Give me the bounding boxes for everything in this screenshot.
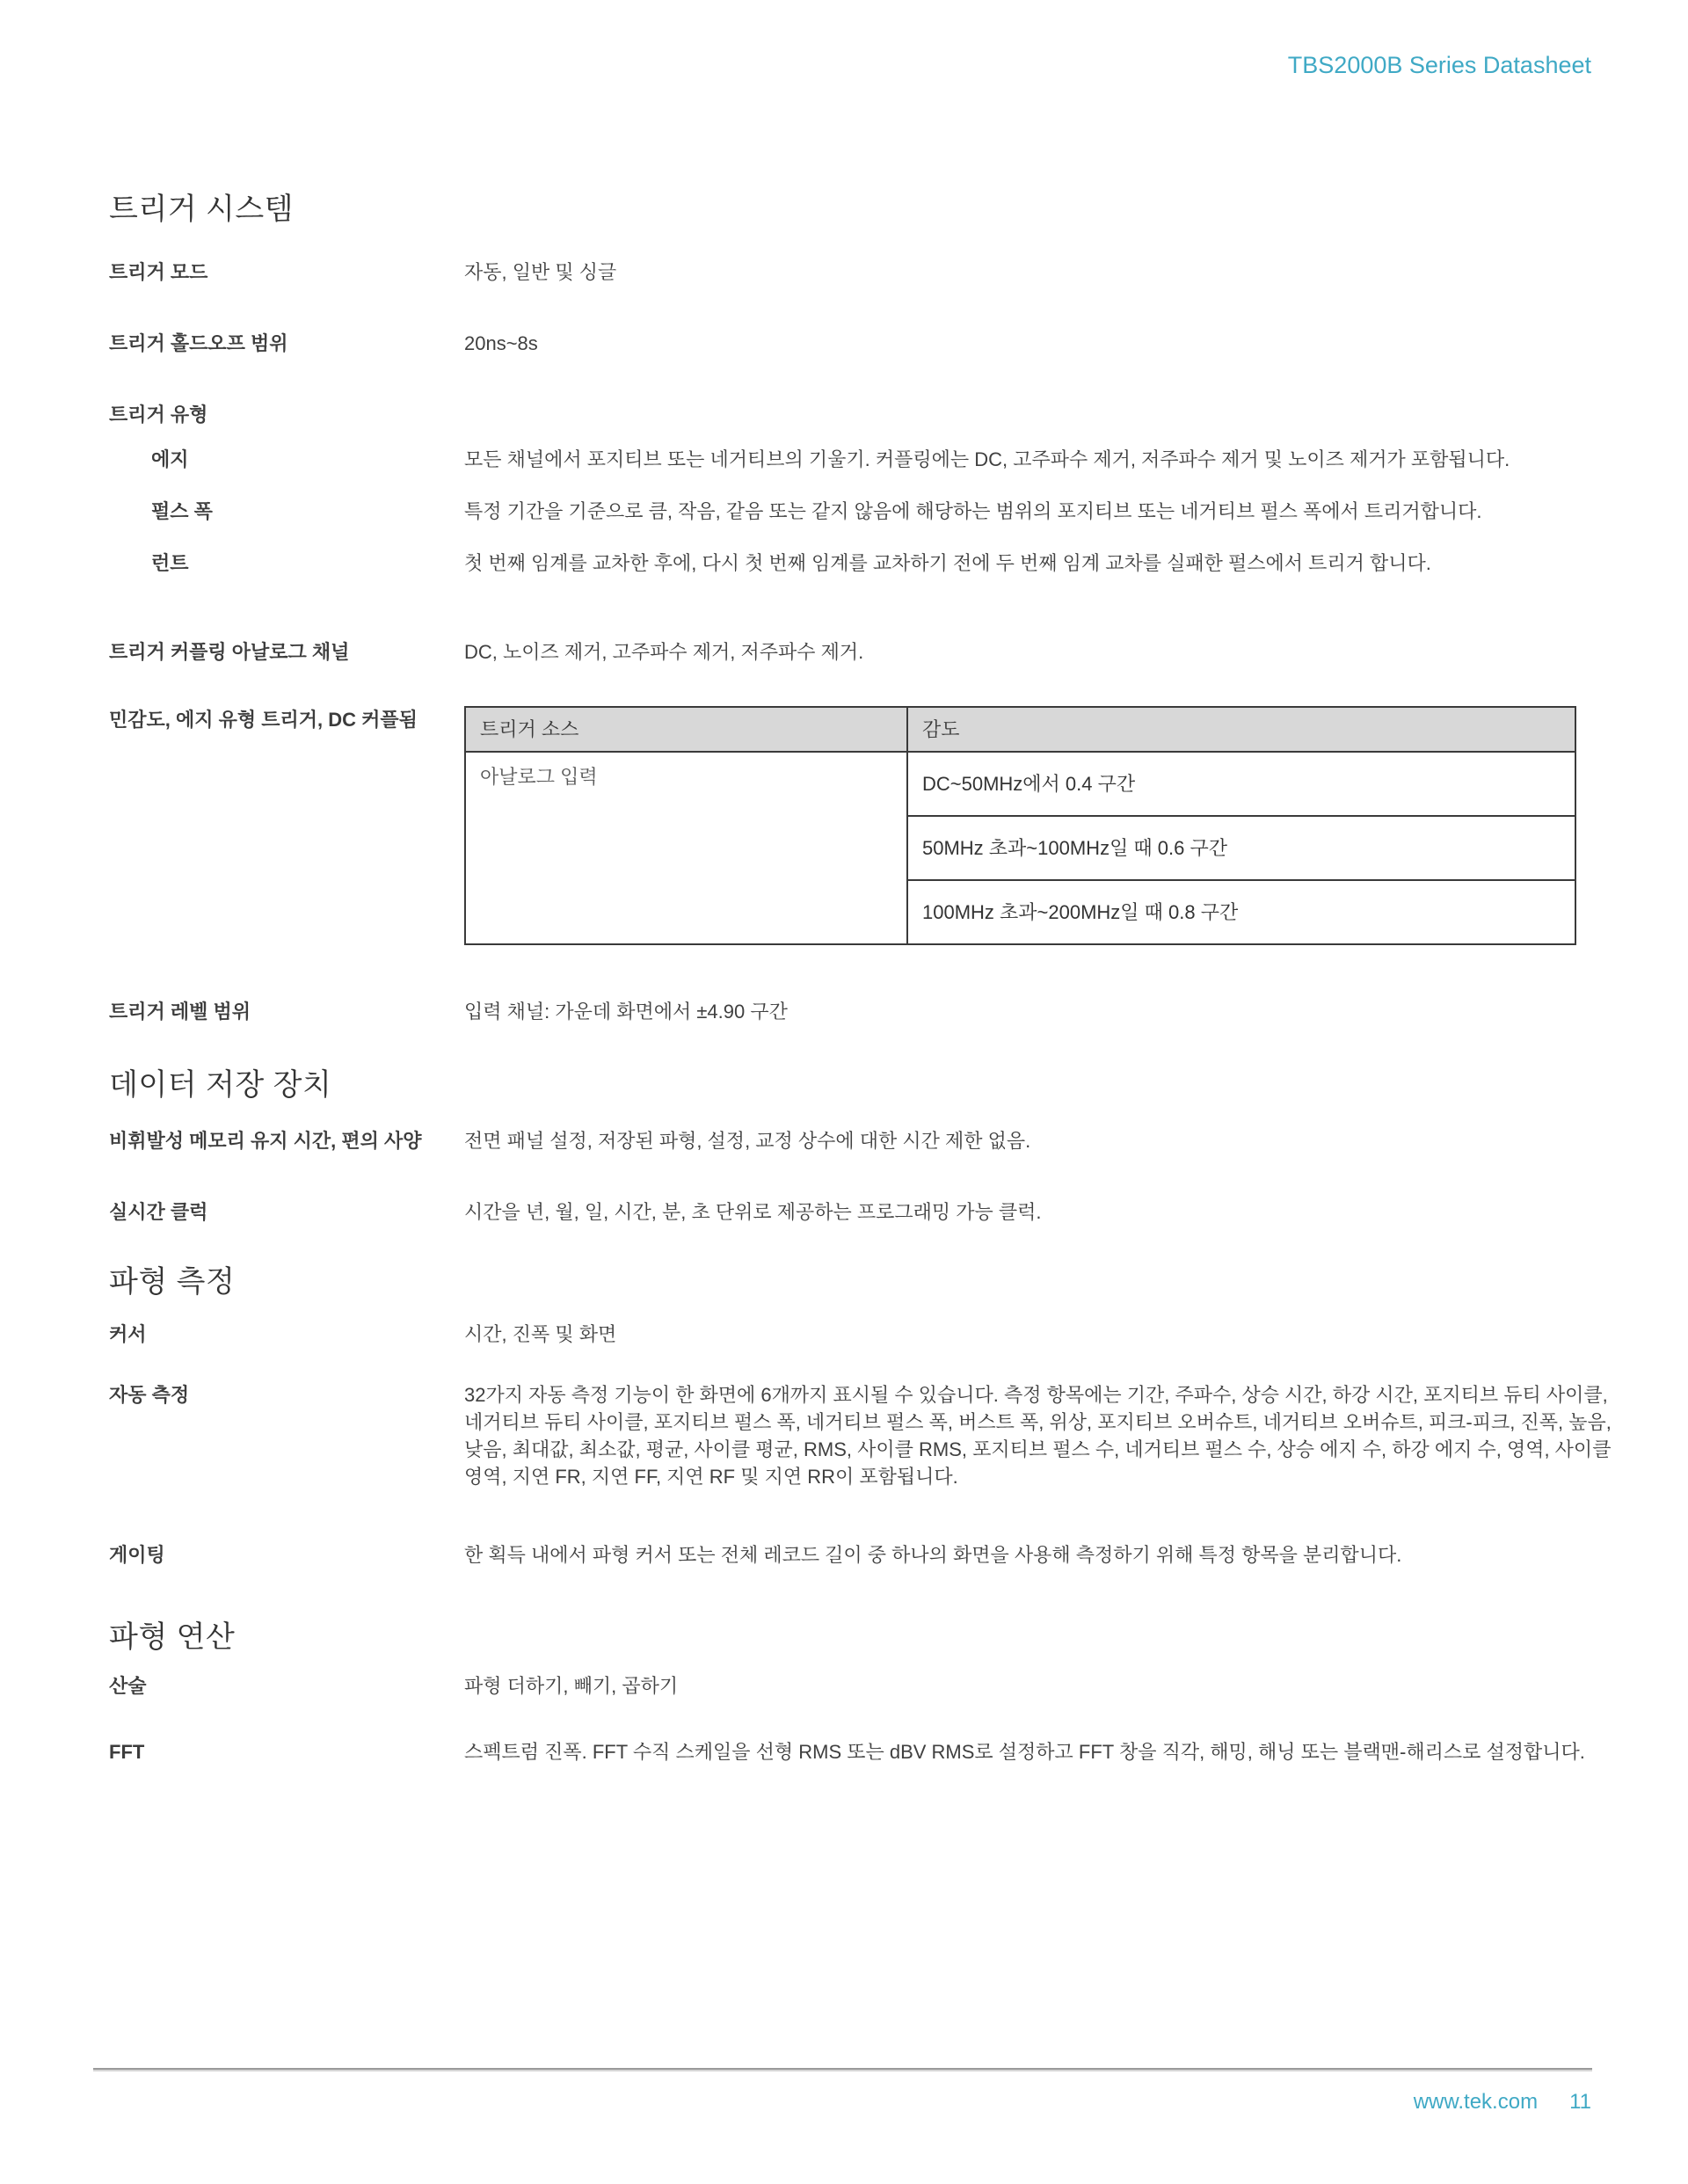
table-cell-sensitivity-1: DC~50MHz에서 0.4 구간 (907, 752, 1575, 816)
document-title: TBS2000B Series Datasheet (0, 51, 1591, 79)
spec-row-nonvolatile-memory: 비휘발성 메모리 유지 시간, 편의 사양 전면 패널 설정, 저장된 파형, … (109, 1127, 1618, 1154)
spec-label: 트리거 커플링 아날로그 채널 (109, 638, 464, 666)
spec-value: 특정 기간을 기준으로 큼, 작음, 같음 또는 같지 않음에 해당하는 범위의… (464, 498, 1618, 525)
spec-row-trigger-types: 트리거 유형 (109, 401, 1618, 428)
table-cell-sensitivity-3: 100MHz 초과~200MHz일 때 0.8 구간 (907, 880, 1575, 944)
spec-label: 트리거 홀드오프 범위 (109, 330, 464, 357)
page-footer: www.tek.com 11 (1414, 2089, 1591, 2115)
spec-label: 커서 (109, 1321, 464, 1348)
spec-row-cursors: 커서 시간, 진폭 및 화면 (109, 1321, 1618, 1348)
spec-row-trigger-holdoff: 트리거 홀드오프 범위 20ns~8s (109, 330, 1618, 357)
spec-value: 파형 더하기, 빼기, 곱하기 (464, 1672, 1618, 1700)
spec-row-trigger-runt: 런트 첫 번째 임계를 교차한 후에, 다시 첫 번째 임계를 교차하기 전에 … (109, 550, 1618, 577)
spec-value: 첫 번째 임계를 교차한 후에, 다시 첫 번째 임계를 교차하기 전에 두 번… (464, 550, 1618, 577)
section-title-waveform-math: 파형 연산 (109, 1620, 1618, 1655)
spec-label: 트리거 모드 (109, 258, 464, 286)
spec-value: 입력 채널: 가운데 화면에서 ±4.90 구간 (464, 998, 1618, 1025)
table-cell-sensitivity-2: 50MHz 초과~100MHz일 때 0.6 구간 (907, 816, 1575, 880)
spec-label: 트리거 레벨 범위 (109, 998, 464, 1025)
table-cell-source: 아날로그 입력 (465, 752, 907, 944)
spec-value: 시간을 년, 월, 일, 시간, 분, 초 단위로 제공하는 프로그래밍 가능 … (464, 1198, 1618, 1226)
spec-label: 펄스 폭 (109, 498, 464, 525)
section-title-trigger-system: 트리거 시스템 (109, 192, 1618, 227)
spec-row-trigger-level-range: 트리거 레벨 범위 입력 채널: 가운데 화면에서 ±4.90 구간 (109, 998, 1618, 1025)
spec-label: 민감도, 에지 유형 트리거, DC 커플됨 (109, 706, 464, 733)
spec-row-fft: FFT 스펙트럼 진폭. FFT 수직 스케일을 선형 RMS 또는 dBV R… (109, 1738, 1618, 1765)
spec-value: 스펙트럼 진폭. FFT 수직 스케일을 선형 RMS 또는 dBV RMS로 … (464, 1738, 1618, 1765)
spec-row-trigger-edge: 에지 모든 채널에서 포지티브 또는 네거티브의 기울기. 커플링에는 DC, … (109, 446, 1618, 473)
spec-row-automated-measurements: 자동 측정 32가지 자동 측정 기능이 한 화면에 6개까지 표시될 수 있습… (109, 1381, 1618, 1490)
spec-row-trigger-sensitivity: 민감도, 에지 유형 트리거, DC 커플됨 트리거 소스 감도 아날로그 입력… (109, 706, 1618, 945)
spec-row-real-time-clock: 실시간 클럭 시간을 년, 월, 일, 시간, 분, 초 단위로 제공하는 프로… (109, 1198, 1618, 1226)
page-header: TBS2000B Series Datasheet (0, 0, 1688, 79)
spec-row-gating: 게이팅 한 획득 내에서 파형 커서 또는 전체 레코드 길이 중 하나의 화면… (109, 1541, 1618, 1569)
footer-page-number: 11 (1569, 2089, 1591, 2115)
section-title-data-storage: 데이터 저장 장치 (109, 1067, 1618, 1103)
sensitivity-table-header-row: 트리거 소스 감도 (465, 707, 1575, 752)
footer-divider (93, 2068, 1592, 2071)
spec-value: 32가지 자동 측정 기능이 한 화면에 6개까지 표시될 수 있습니다. 측정… (464, 1381, 1618, 1490)
table-header-trigger-source: 트리거 소스 (465, 707, 907, 752)
page-content: 트리거 시스템 트리거 모드 자동, 일반 및 싱글 트리거 홀드오프 범위 2… (0, 192, 1688, 1765)
spec-label: 자동 측정 (109, 1381, 464, 1409)
spec-value: 자동, 일반 및 싱글 (464, 258, 1618, 286)
spec-label: 게이팅 (109, 1541, 464, 1569)
sensitivity-table: 트리거 소스 감도 아날로그 입력 DC~50MHz에서 0.4 구간 50MH… (464, 706, 1576, 945)
spec-label: 산술 (109, 1672, 464, 1700)
spec-value: 전면 패널 설정, 저장된 파형, 설정, 교정 상수에 대한 시간 제한 없음… (464, 1127, 1618, 1154)
spec-label: 실시간 클럭 (109, 1198, 464, 1226)
spec-value: 20ns~8s (464, 330, 1618, 357)
footer-website-link[interactable]: www.tek.com (1414, 2089, 1538, 2115)
spec-row-trigger-coupling: 트리거 커플링 아날로그 채널 DC, 노이즈 제거, 고주파수 제거, 저주파… (109, 638, 1618, 666)
spec-label: 비휘발성 메모리 유지 시간, 편의 사양 (109, 1127, 464, 1154)
spec-row-trigger-pulse-width: 펄스 폭 특정 기간을 기준으로 큼, 작음, 같음 또는 같지 않음에 해당하… (109, 498, 1618, 525)
spec-label: 트리거 유형 (109, 401, 464, 428)
spec-row-trigger-mode: 트리거 모드 자동, 일반 및 싱글 (109, 258, 1618, 286)
spec-label: 에지 (109, 446, 464, 473)
spec-value: 트리거 소스 감도 아날로그 입력 DC~50MHz에서 0.4 구간 50MH… (464, 706, 1618, 945)
table-row: 아날로그 입력 DC~50MHz에서 0.4 구간 (465, 752, 1575, 816)
spec-value: DC, 노이즈 제거, 고주파수 제거, 저주파수 제거. (464, 638, 1618, 666)
spec-value: 모든 채널에서 포지티브 또는 네거티브의 기울기. 커플링에는 DC, 고주파… (464, 446, 1618, 473)
section-title-waveform-measurement: 파형 측정 (109, 1264, 1618, 1299)
spec-label: FFT (109, 1738, 464, 1765)
table-header-sensitivity: 감도 (907, 707, 1575, 752)
spec-label: 런트 (109, 550, 464, 577)
spec-value: 시간, 진폭 및 화면 (464, 1321, 1618, 1348)
spec-row-arithmetic: 산술 파형 더하기, 빼기, 곱하기 (109, 1672, 1618, 1700)
spec-value: 한 획득 내에서 파형 커서 또는 전체 레코드 길이 중 하나의 화면을 사용… (464, 1541, 1618, 1569)
